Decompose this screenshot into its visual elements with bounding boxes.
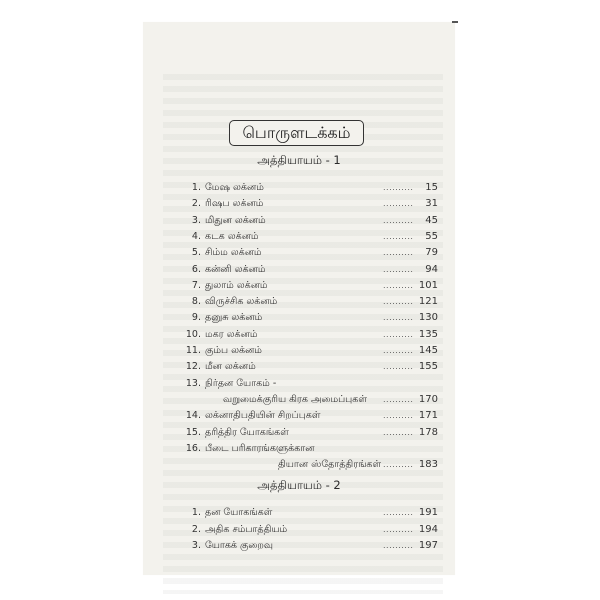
entry-title: கடக லக்னம் <box>205 230 259 244</box>
entry-number: 7. <box>183 279 201 293</box>
leader-dots: .......... <box>383 360 417 374</box>
entry-page-number: 194 <box>414 523 438 537</box>
entry-title: கும்ப லக்னம் <box>205 344 262 358</box>
toc-entry: 3.மிதுன லக்னம்..........45 <box>183 214 438 228</box>
toc-entry: 5.சிம்ம லக்னம்..........79 <box>183 246 438 260</box>
page-title: பொருளடக்கம் <box>229 120 364 146</box>
entry-number: 4. <box>183 230 201 244</box>
toc-entry: 3.யோகக் குறைவு..........197 <box>183 539 438 553</box>
entry-page-number: 178 <box>414 426 438 440</box>
entry-title: லக்னாதிபதியின் சிறப்புகள் <box>205 409 320 423</box>
entry-page-number: 183 <box>414 458 438 472</box>
entry-page-number: 15 <box>414 181 438 195</box>
toc-entry: 2.அதிக சம்பாத்தியம்..........194 <box>183 523 438 537</box>
leader-dots: .......... <box>383 214 417 228</box>
leader-dots: .......... <box>383 393 417 407</box>
entry-number: 2. <box>183 523 201 537</box>
toc-entry-continued: வறுமைக்குரிய கிரக அமைப்புகள்..........17… <box>183 393 438 407</box>
leader-dots: .......... <box>383 328 417 342</box>
entry-page-number: 79 <box>414 246 438 260</box>
toc-entry: 2.ரிஷப லக்னம்..........31 <box>183 197 438 211</box>
leader-dots: .......... <box>383 426 417 440</box>
leader-dots: .......... <box>383 458 417 472</box>
toc-entry: 6.கன்னி லக்னம்..........94 <box>183 263 438 277</box>
entry-title: தனுசு லக்னம் <box>205 311 262 325</box>
toc-entry: 11.கும்ப லக்னம்..........145 <box>183 344 438 358</box>
entry-number: 11. <box>183 344 201 358</box>
entry-page-number: 55 <box>414 230 438 244</box>
entry-number: 9. <box>183 311 201 325</box>
chapter-heading: அத்தியாயம் - 2 <box>143 478 455 494</box>
entry-title: யோகக் குறைவு <box>205 539 273 553</box>
page-corner-mark <box>452 21 458 23</box>
entry-title: தன யோகங்கள் <box>205 506 272 520</box>
leader-dots: .......... <box>383 230 417 244</box>
entry-page-number: 197 <box>414 539 438 553</box>
toc-entry: 10.மகர லக்னம்..........135 <box>183 328 438 342</box>
entry-title: சிம்ம லக்னம் <box>205 246 262 260</box>
toc-entry: 7.துலாம் லக்னம்..........101 <box>183 279 438 293</box>
entry-page-number: 191 <box>414 506 438 520</box>
leader-dots: .......... <box>383 279 417 293</box>
entry-title: மகர லக்னம் <box>205 328 257 342</box>
leader-dots: .......... <box>383 506 417 520</box>
toc-entry-continued: தியான ஸ்தோத்திரங்கள்..........183 <box>183 458 438 472</box>
entry-title: ரிஷப லக்னம் <box>205 197 263 211</box>
leader-dots: .......... <box>383 246 417 260</box>
leader-dots: .......... <box>383 295 417 309</box>
leader-dots: .......... <box>383 344 417 358</box>
entry-title: அதிக சம்பாத்தியம் <box>205 523 287 537</box>
leader-dots: .......... <box>383 409 417 423</box>
toc-entry: 9.தனுசு லக்னம்..........130 <box>183 311 438 325</box>
entry-number: 15. <box>183 426 201 440</box>
entry-title: தரித்திர யோகங்கள் <box>205 426 289 440</box>
entry-number: 1. <box>183 181 201 195</box>
entry-title: விருச்சிக லக்னம் <box>205 295 277 309</box>
entry-number: 10. <box>183 328 201 342</box>
leader-dots: .......... <box>383 523 417 537</box>
entry-number: 14. <box>183 409 201 423</box>
entry-number: 5. <box>183 246 201 260</box>
entry-number: 2. <box>183 197 201 211</box>
leader-dots: .......... <box>383 197 417 211</box>
entry-page-number: 101 <box>414 279 438 293</box>
entry-title: மீன லக்னம் <box>205 360 256 374</box>
entry-title: மேஷ லக்னம் <box>205 181 264 195</box>
entry-number: 8. <box>183 295 201 309</box>
entry-title: பீடை பரிகாரங்களுக்கான <box>205 442 314 456</box>
entry-number: 1. <box>183 506 201 520</box>
toc-entry: 4.கடக லக்னம்..........55 <box>183 230 438 244</box>
leader-dots: .......... <box>383 311 417 325</box>
entry-page-number: 45 <box>414 214 438 228</box>
entry-number: 13. <box>183 377 201 391</box>
entry-page-number: 145 <box>414 344 438 358</box>
entry-number: 3. <box>183 539 201 553</box>
entry-page-number: 31 <box>414 197 438 211</box>
entry-title: கன்னி லக்னம் <box>205 263 266 277</box>
entry-page-number: 170 <box>414 393 438 407</box>
entry-title: துலாம் லக்னம் <box>205 279 268 293</box>
toc-entry: 8.விருச்சிக லக்னம்..........121 <box>183 295 438 309</box>
leader-dots: .......... <box>383 539 417 553</box>
entry-page-number: 94 <box>414 263 438 277</box>
entry-title-line2: வறுமைக்குரிய கிரக அமைப்புகள் <box>223 393 367 407</box>
chapter-heading: அத்தியாயம் - 1 <box>143 153 455 169</box>
entry-number: 12. <box>183 360 201 374</box>
entry-page-number: 135 <box>414 328 438 342</box>
entry-number: 3. <box>183 214 201 228</box>
toc-entry: 14.லக்னாதிபதியின் சிறப்புகள்..........17… <box>183 409 438 423</box>
entry-number: 6. <box>183 263 201 277</box>
toc-entry: 1.மேஷ லக்னம்..........15 <box>183 181 438 195</box>
entry-number: 16. <box>183 442 201 456</box>
toc-entry: 1.தன யோகங்கள்..........191 <box>183 506 438 520</box>
entry-page-number: 121 <box>414 295 438 309</box>
toc-entry: 15.தரித்திர யோகங்கள்..........178 <box>183 426 438 440</box>
leader-dots: .......... <box>383 181 417 195</box>
toc-entry: 13.நிர்தன யோகம் - <box>183 377 438 391</box>
toc-entry: 16.பீடை பரிகாரங்களுக்கான <box>183 442 438 456</box>
entry-title: மிதுன லக்னம் <box>205 214 266 228</box>
entry-title: நிர்தன யோகம் - <box>205 377 276 391</box>
entry-page-number: 155 <box>414 360 438 374</box>
entry-page-number: 130 <box>414 311 438 325</box>
toc-entry: 12.மீன லக்னம்..........155 <box>183 360 438 374</box>
leader-dots: .......... <box>383 263 417 277</box>
entry-page-number: 171 <box>414 409 438 423</box>
entry-title-line2: தியான ஸ்தோத்திரங்கள் <box>278 458 381 472</box>
